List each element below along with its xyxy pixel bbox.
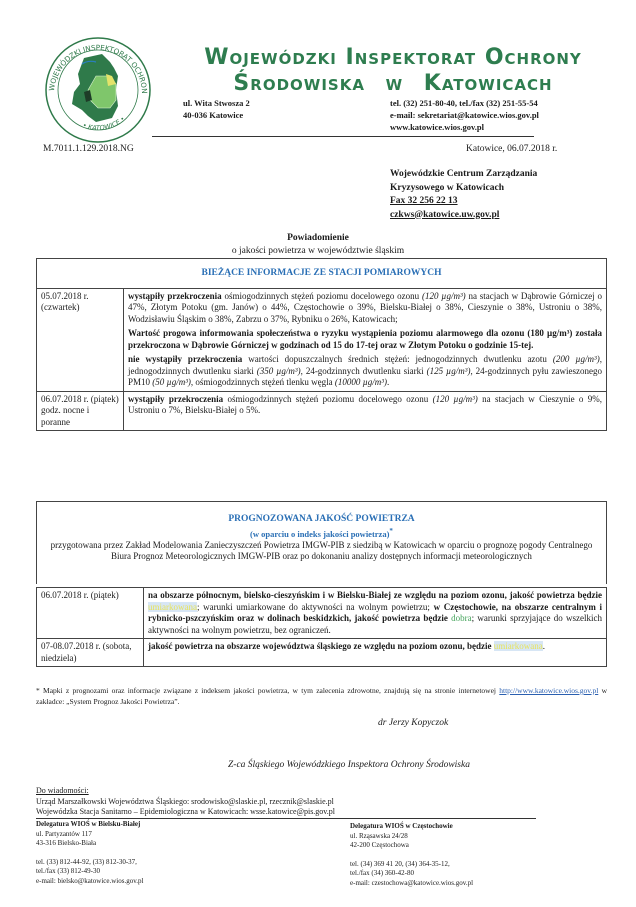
organization-name-line1: Wojewódzki Inspektorat Ochrony bbox=[178, 45, 608, 71]
text: jakość powietrza na obszarze województwa… bbox=[148, 641, 494, 651]
text: , ośmiogodzinnych stężeń tlenku węgla bbox=[191, 377, 335, 387]
row-content: wystąpiły przekroczenia ośmiogodzinnych … bbox=[124, 288, 607, 391]
row-date: 07-08.07.2018 r. (sobota, niedziela) bbox=[37, 639, 144, 667]
cc-line: Wojewódzka Stacja Sanitarno – Epidemiolo… bbox=[36, 807, 335, 818]
limit-value: (120 µg/m³) bbox=[433, 394, 478, 404]
table-row: 05.07.2018 r. (czwartek) wystąpiły przek… bbox=[37, 288, 607, 391]
contact-email: e-mail: sekretariat@katowice.wios.gov.pl bbox=[390, 109, 539, 121]
footnote-text: * Mapki z prognozami oraz informacje zwi… bbox=[36, 686, 499, 695]
delegation-name: Delegatura WIOŚ w Częstochowie bbox=[350, 822, 473, 832]
row-content: na obszarze północnym, bielsko-cieszyńsk… bbox=[144, 588, 607, 639]
delegation-street: ul. Partyzantów 117 bbox=[36, 830, 143, 840]
current-measurements-table: BIEŻĄCE INFORMACJE ZE STACJI POMIAROWYCH… bbox=[36, 258, 607, 431]
exceedance-label: wystąpiły przekroczenia bbox=[128, 394, 223, 404]
row-date: 06.07.2018 r. (piątek) godz. nocne i por… bbox=[37, 391, 124, 431]
text: na obszarze północnym, bielsko-cieszyńsk… bbox=[148, 590, 602, 600]
limit-value: (10000 µg/m³) bbox=[335, 377, 387, 387]
text: ośmiogodzinnych stężeń poziomu doceloweg… bbox=[223, 394, 432, 404]
text: ośmiogodzinnych stężeń poziomu doceloweg… bbox=[222, 291, 422, 301]
exceedance-label: wystąpiły przekroczenia bbox=[128, 291, 222, 301]
footnote-link[interactable]: http://www.katowice.wios.gov.pl bbox=[499, 686, 598, 695]
text: . bbox=[387, 377, 389, 387]
row-content: wystąpiły przekroczenia ośmiogodzinnych … bbox=[124, 391, 607, 431]
delegation-fax: tel./fax (33) 812-49-30 bbox=[36, 867, 143, 877]
delegation-name: Delegatura WIOŚ w Bielsku-Białej bbox=[36, 820, 143, 830]
forecast-subheading: (w oparciu o indeks jakości powietrza)* bbox=[37, 526, 606, 540]
footer-divider bbox=[36, 818, 536, 819]
limit-value: (200 µg/m³) bbox=[553, 354, 600, 364]
recipient-email[interactable]: czkws@katowice.uw.gov.pl bbox=[390, 209, 537, 223]
text: wartości dopuszczalnych średnich stężeń:… bbox=[242, 354, 553, 364]
recipient-line2: Kryzysowego w Katowicach bbox=[390, 182, 537, 196]
text: ; warunki umiarkowane do aktywności na w… bbox=[197, 602, 434, 612]
signer-role: Z-ca Śląskiego Wojewódzkiego Inspektora … bbox=[228, 760, 470, 770]
cc-line: Urząd Marszałkowski Województwa Śląskieg… bbox=[36, 797, 335, 808]
delegation-email: e-mail: bielsko@katowice.wios.gov.pl bbox=[36, 877, 143, 887]
limit-value: (350 µg/m³) bbox=[257, 366, 301, 376]
notice-title: Powiadomienie bbox=[0, 232, 636, 245]
organization-contact: tel. (32) 251-80-40, tel./fax (32) 251-5… bbox=[390, 97, 539, 133]
delegation-email: e-mail: czestochowa@katowice.wios.gov.pl bbox=[350, 879, 473, 889]
delegation-fax: tel./fax (34) 360-42-80 bbox=[350, 869, 473, 879]
text: , 24-godzinnych dwutlenku siarki bbox=[301, 366, 427, 376]
recipient-line1: Wojewódzkie Centrum Zarządzania bbox=[390, 168, 537, 182]
signer-name: dr Jerzy Kopyczok bbox=[378, 718, 448, 728]
reference-number: M.7011.1.129.2018.NG bbox=[43, 144, 134, 154]
wios-logo: WOJEWÓDZKI INSPEKTORAT OCHRONY ŚRODOWISK… bbox=[44, 36, 152, 144]
region-map-emblem-icon: WOJEWÓDZKI INSPEKTORAT OCHRONY ŚRODOWISK… bbox=[44, 36, 152, 144]
delegation-street: ul. Rząsawska 24/28 bbox=[350, 832, 473, 842]
forecast-subheading-text: (w oparciu o indeks jakości powietrza) bbox=[250, 528, 389, 538]
row-date: 06.07.2018 r. (piątek) bbox=[37, 588, 144, 639]
cc-block: Do wiadomości: Urząd Marszałkowski Wojew… bbox=[36, 786, 335, 818]
contact-website: www.katowice.wios.gov.pl bbox=[390, 121, 539, 133]
limit-value: (120 µg/m³) bbox=[422, 291, 466, 301]
forecast-heading: PROGNOZOWANA JAKOŚĆ POWIETRZA bbox=[37, 514, 606, 526]
recipient-fax: Fax 32 256 22 13 bbox=[390, 195, 537, 209]
no-exceedance-label: nie wystąpiły przekroczenia bbox=[128, 354, 242, 364]
organization-name: Wojewódzki Inspektorat Ochrony Środowisk… bbox=[178, 45, 608, 97]
air-quality-level-moderate: umiarkowana bbox=[148, 602, 197, 612]
limit-value: (125 µg/m³) bbox=[427, 366, 471, 376]
place-date: Katowice, 06.07.2018 r. bbox=[466, 144, 557, 154]
notice-heading: Powiadomienie o jakości powietrza w woje… bbox=[0, 232, 636, 258]
table-row: 06.07.2018 r. (piątek) godz. nocne i por… bbox=[37, 391, 607, 431]
cc-label: Do wiadomości: bbox=[36, 786, 335, 797]
address-street: ul. Wita Stwosza 2 bbox=[183, 97, 250, 109]
organization-address: ul. Wita Stwosza 2 40-036 Katowice bbox=[183, 97, 250, 121]
table-row: 07-08.07.2018 r. (sobota, niedziela) jak… bbox=[37, 639, 607, 667]
delegation-czestochowa: Delegatura WIOŚ w Częstochowie ul. Rząsa… bbox=[350, 822, 473, 888]
organization-name-line2: Środowiska w Katowicach bbox=[178, 71, 608, 97]
footnote: * Mapki z prognozami oraz informacje zwi… bbox=[36, 686, 607, 707]
text: . bbox=[543, 641, 545, 651]
notice-subtitle: o jakości powietrza w województwie śląsk… bbox=[0, 245, 636, 258]
delegation-city: 42-200 Częstochowa bbox=[350, 841, 473, 851]
table-row: 06.07.2018 r. (piątek) na obszarze półno… bbox=[37, 588, 607, 639]
row-content: jakość powietrza na obszarze województwa… bbox=[144, 639, 607, 667]
delegation-phone: tel. (34) 369 41 20, (34) 364-35-12, bbox=[350, 860, 473, 870]
row-date: 05.07.2018 r. (czwartek) bbox=[37, 288, 124, 391]
footnote-mark: * bbox=[389, 527, 393, 535]
recipient-block: Wojewódzkie Centrum Zarządzania Kryzysow… bbox=[390, 168, 537, 222]
delegation-phone: tel. (33) 812-44-92, (33) 812-30-37, bbox=[36, 858, 143, 868]
forecast-header: PROGNOZOWANA JAKOŚĆ POWIETRZA (w oparciu… bbox=[36, 501, 607, 584]
forecast-description: przygotowana przez Zakład Modelowania Za… bbox=[37, 540, 606, 563]
delegation-city: 43-316 Bielsko-Biała bbox=[36, 839, 143, 849]
limit-value: (50 µg/m³) bbox=[152, 377, 191, 387]
contact-phone: tel. (32) 251-80-40, tel./fax (32) 251-5… bbox=[390, 97, 539, 109]
current-info-heading: BIEŻĄCE INFORMACJE ZE STACJI POMIAROWYCH bbox=[37, 259, 607, 289]
forecast-table: 06.07.2018 r. (piątek) na obszarze półno… bbox=[36, 587, 607, 667]
alert-threshold-notice: Wartość progowa informowania społeczeńst… bbox=[128, 328, 602, 351]
air-quality-level-moderate: umiarkowana bbox=[494, 641, 543, 651]
address-city: 40-036 Katowice bbox=[183, 109, 250, 121]
header-divider bbox=[152, 136, 534, 137]
delegation-bielsko: Delegatura WIOŚ w Bielsku-Białej ul. Par… bbox=[36, 820, 143, 886]
air-quality-level-good: dobra bbox=[451, 613, 472, 623]
